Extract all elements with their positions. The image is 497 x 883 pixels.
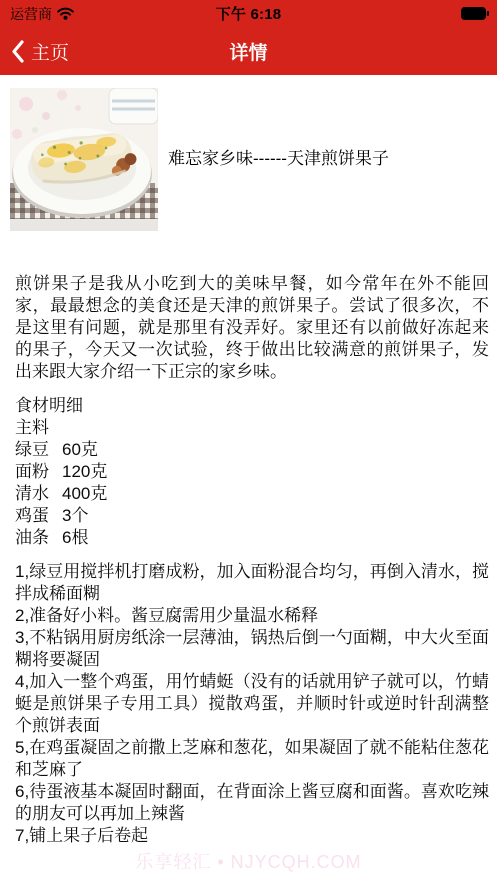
recipe-step: 1,绿豆用搅拌机打磨成粉，加入面粉混合均匀，再倒入清水，搅拌成稀面糊 [15, 561, 489, 605]
recipe-step: 3,不粘锅用厨房纸涂一层薄油，锅热后倒一勺面糊，中大火至面糊将要凝固 [15, 627, 489, 671]
back-button[interactable]: 主页 [11, 27, 69, 75]
app-screen: 运营商 下午 6:18 主页 [0, 0, 497, 883]
ingredients-group-label: 主料 [15, 417, 489, 439]
ingredient-name: 鸡蛋 [15, 506, 49, 525]
recipe-step: 4,加入一整个鸡蛋，用竹蜻蜓（没有的话就用铲子就可以，竹蜻蜓是煎饼果子专用工具）… [15, 671, 489, 737]
recipe-header: 难忘家乡味------天津煎饼果子 [10, 88, 487, 231]
page-title: 详情 [229, 38, 267, 65]
ingredient-amount: 60克 [62, 440, 98, 459]
carrier-label: 运营商 [10, 4, 52, 24]
ingredient-amount: 6根 [62, 528, 88, 547]
ingredient-row: 油条6根 [15, 527, 489, 549]
intro-paragraph: 煎饼果子是我从小吃到大的美味早餐，如今常年在外不能回家，最最想念的美食还是天津的… [15, 273, 489, 383]
ingredient-row: 面粉120克 [15, 461, 489, 483]
wifi-icon [57, 7, 74, 20]
ingredient-row: 清水400克 [15, 483, 489, 505]
ingredients-list: 绿豆60克面粉120克清水400克鸡蛋3个油条6根 [15, 439, 489, 549]
ingredient-row: 绿豆60克 [15, 439, 489, 461]
recipe-step: 6,待蛋液基本凝固时翻面，在背面涂上酱豆腐和面酱。喜欢吃辣的朋友可以再加上辣酱 [15, 781, 489, 825]
ingredient-amount: 120克 [62, 462, 107, 481]
ingredient-row: 鸡蛋3个 [15, 505, 489, 527]
chevron-left-icon [11, 40, 24, 63]
ingredient-name: 面粉 [15, 462, 49, 481]
clock-label: 下午 6:18 [216, 3, 282, 24]
ingredient-name: 绿豆 [15, 440, 49, 459]
recipe-title: 难忘家乡味------天津煎饼果子 [168, 147, 487, 172]
ingredient-name: 清水 [15, 484, 49, 503]
recipe-step: 7,铺上果子后卷起 [15, 825, 489, 847]
nav-bar: 主页 详情 [0, 27, 497, 75]
ingredient-name: 油条 [15, 528, 49, 547]
recipe-step: 5,在鸡蛋凝固之前撒上芝麻和葱花，如果凝固了就不能粘住葱花和芝麻了 [15, 737, 489, 781]
ingredient-amount: 400克 [62, 484, 107, 503]
detail-scroll-area[interactable]: 难忘家乡味------天津煎饼果子 煎饼果子是我从小吃到大的美味早餐，如今常年在… [0, 75, 497, 883]
back-label: 主页 [31, 38, 69, 65]
status-left: 运营商 [10, 4, 74, 24]
ingredient-amount: 3个 [62, 506, 88, 525]
recipe-photo [10, 88, 158, 231]
ingredients-section: 食材明细 主料 绿豆60克面粉120克清水400克鸡蛋3个油条6根 [15, 395, 489, 549]
status-bar: 运营商 下午 6:18 [0, 0, 497, 27]
ingredients-heading: 食材明细 [15, 395, 489, 417]
battery-icon [461, 7, 489, 20]
recipe-step: 2,准备好小料。酱豆腐需用少量温水稀释 [15, 605, 489, 627]
steps-section: 1,绿豆用搅拌机打磨成粉，加入面粉混合均匀，再倒入清水，搅拌成稀面糊2,准备好小… [15, 561, 489, 847]
